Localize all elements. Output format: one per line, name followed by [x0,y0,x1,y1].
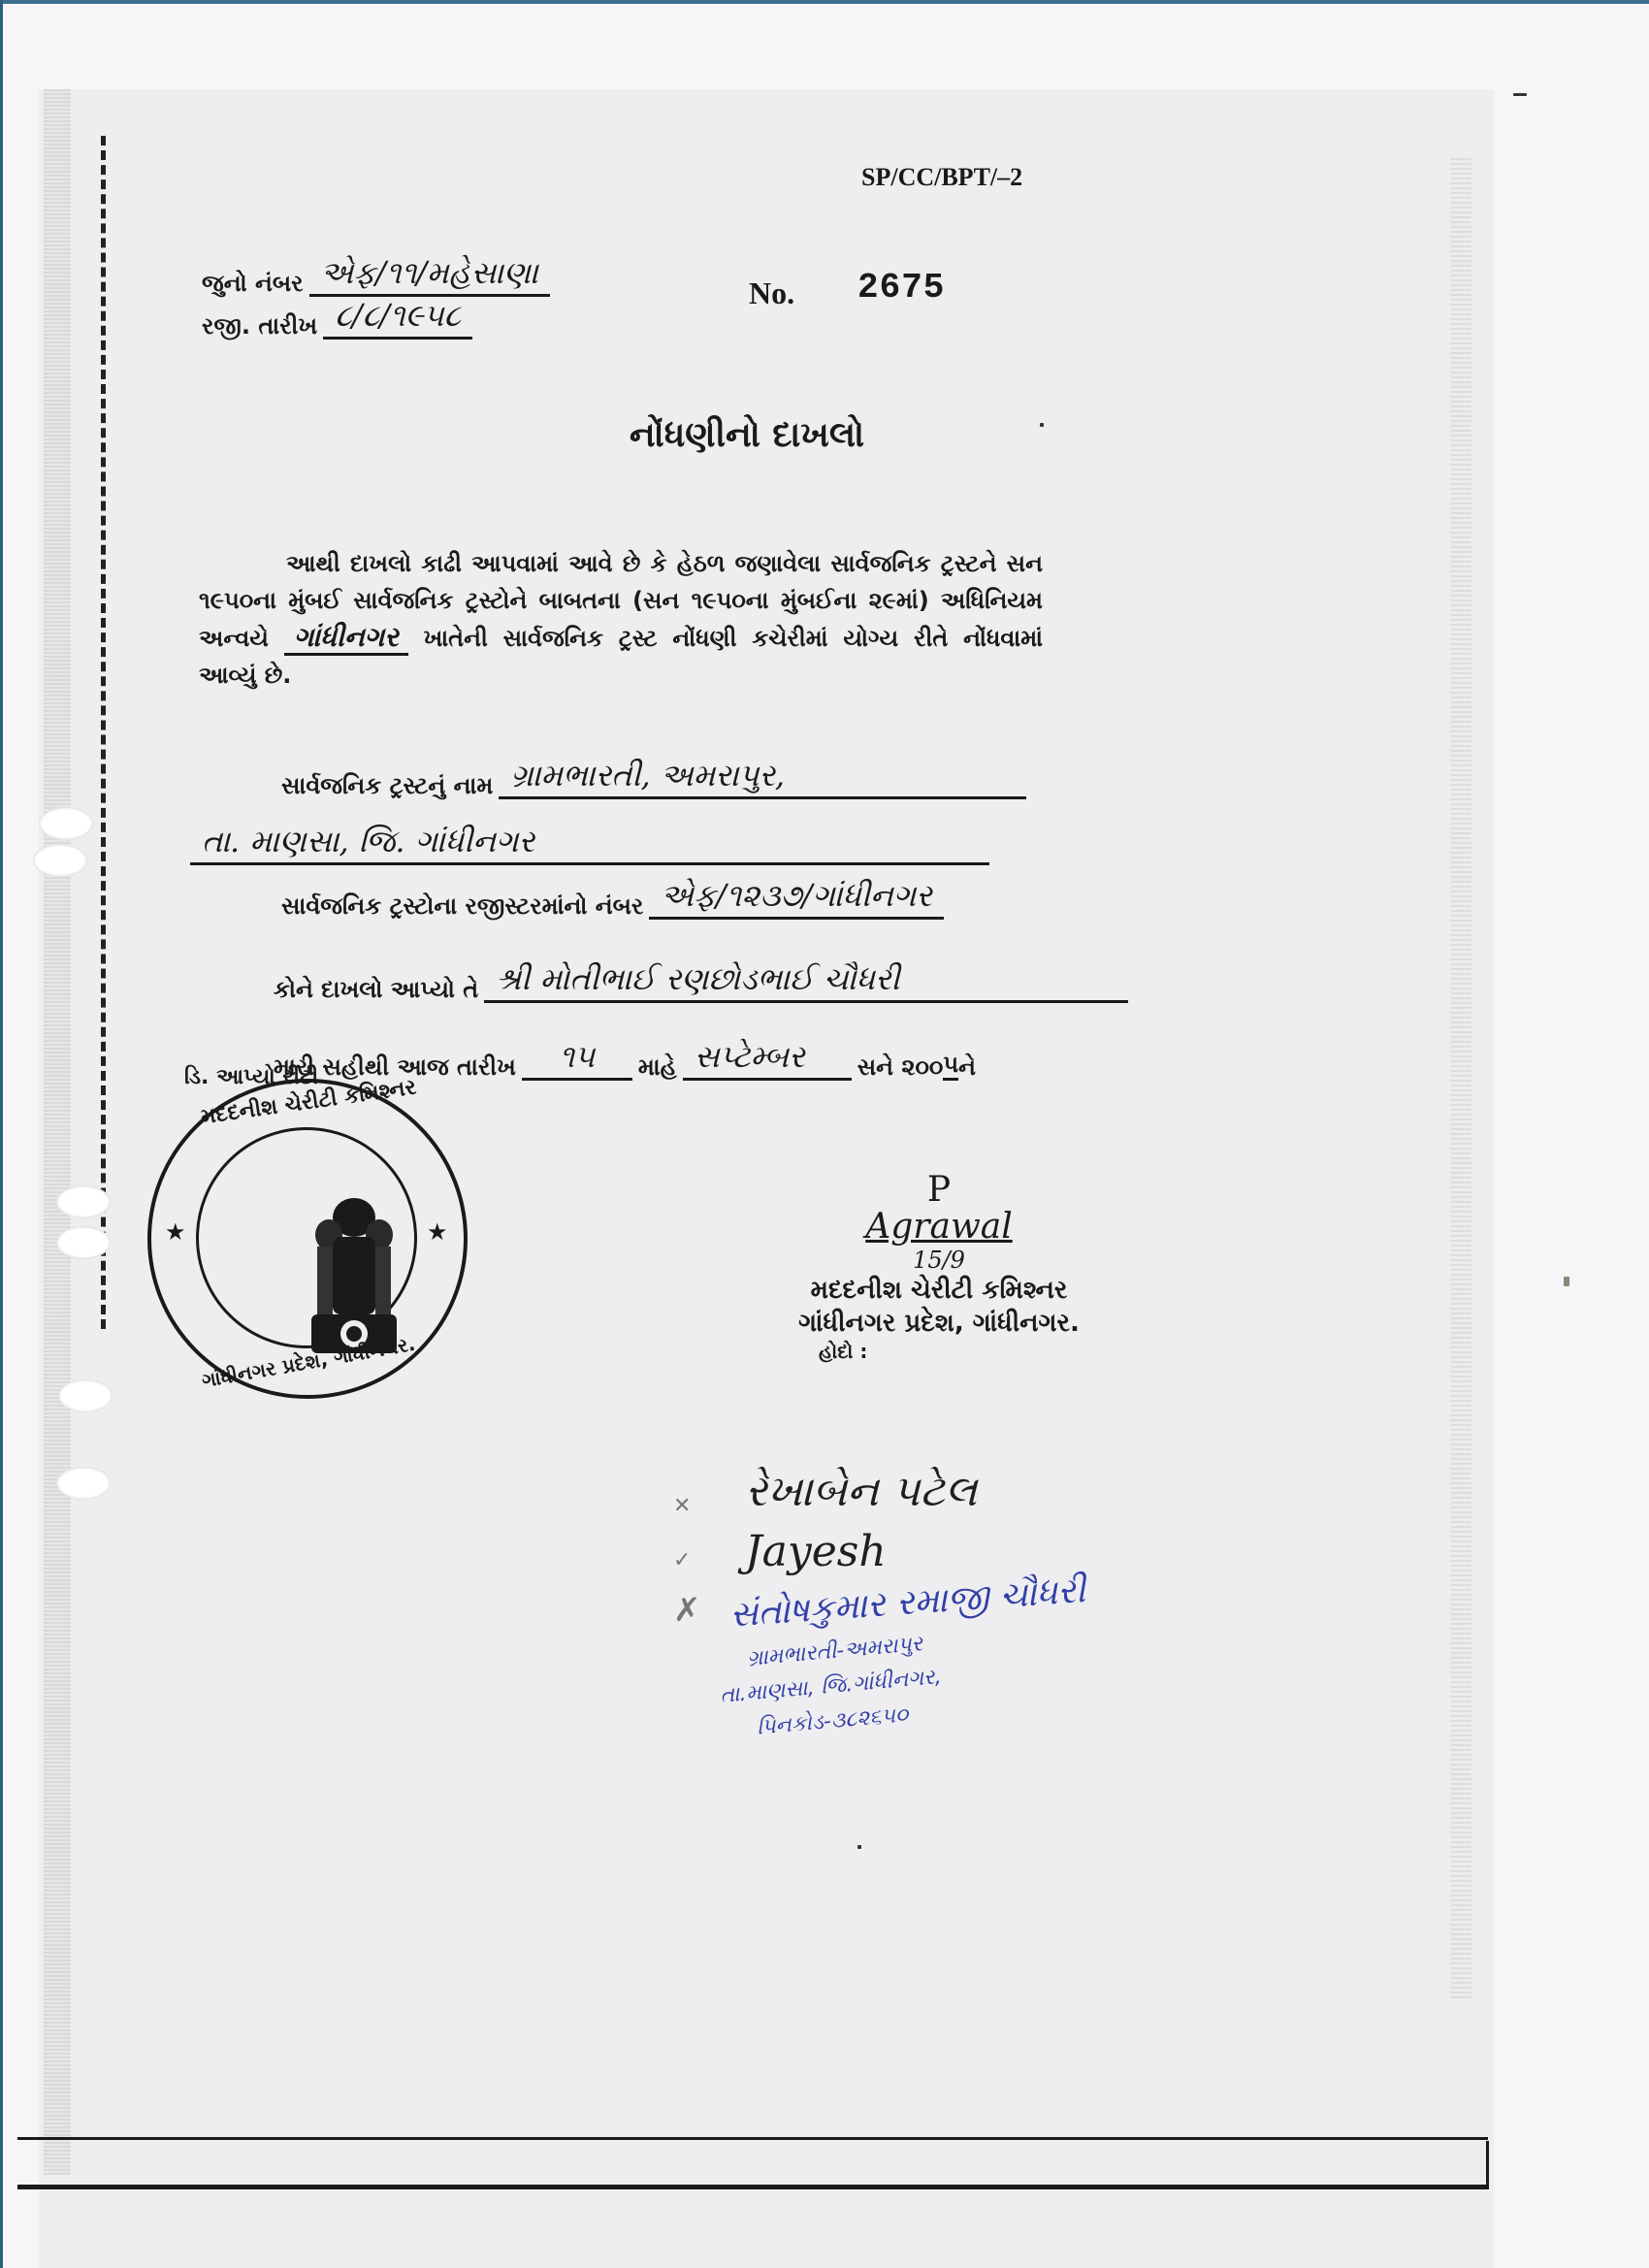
star-icon: ★ [427,1218,448,1246]
officer-signature: Agrawal [726,1207,1152,1247]
officer-signature-block: P Agrawal 15/9 મદદનીશ ચેરીટી કમિશ્નર ગાં… [726,1174,1152,1363]
signed-date-month-label: માહે [638,1053,677,1081]
issued-to-row: કોને દાખલો આપ્યો તે શ્રી મોતીભાઈ રણછોડભા… [274,960,1128,1003]
document-title: નોંધણીનો દાખલો [0,415,1494,456]
seal-inner-ring [196,1127,417,1348]
scan-speck [1564,1277,1569,1286]
trust-name-line1: ગ્રામભારતી, અમરાપુર, [499,757,1026,799]
cross-mark-icon: ✕ [673,1494,691,1518]
registration-date-value: ૮/૮/૧૯૫૮ [323,297,472,340]
signed-date-year-prefix: સને ૨૦૦ [857,1053,944,1081]
trust-name-line2: તા. માણસા, જિ. ગાંધીનગર [190,823,989,865]
signed-date-year-suffix: ૫ [943,1051,958,1081]
scan-speck [1513,93,1527,96]
punch-hole [56,1185,111,1218]
scan-edge-left [0,0,3,2268]
registration-date-label: રજી. તારીખ [202,312,317,340]
scan-edge-top [0,0,1649,4]
old-number-label: જુનો નંબર [202,270,304,297]
officer-title-line2: ગાંધીનગર પ્રદેશ, ગાંધીનગર. [726,1307,1152,1340]
signature-date: 15/9 [726,1247,1152,1274]
signed-date-month: સપ્ટેમ્બર [683,1038,852,1081]
punch-hole [33,844,87,877]
register-number-value: એફ/૧૨૩૭/ગાંધીનગર [649,877,943,920]
punch-hole [56,1467,111,1500]
left-margin-shading [44,89,71,2175]
bottom-border-line [17,2137,1488,2140]
scan-speck [1040,423,1044,427]
signature-initial: P [726,1174,1152,1207]
trust-name-row: સાર્વજનિક ટ્રસ્ટનું નામ ગ્રામભારતી, અમરા… [281,757,1026,799]
bottom-border-line [17,2185,1488,2189]
witness-signature-2: Jayesh [745,1527,887,1576]
certificate-body: આથી દાખલો કાઢી આપવામાં આવે છે કે હેઠળ જણ… [199,545,1043,694]
perforation-dashed-line [101,136,106,1329]
witness-signature-1: રેખાબેન પટેલ [745,1467,977,1516]
punch-hole [39,807,93,840]
seal-overprint: ડિ. આપ્યો રીટી [184,1065,318,1089]
body-place-filled: ગાંધીનગર [284,621,408,656]
registration-date-row: રજી. તારીખ ૮/૮/૧૯૫૮ [202,297,472,340]
register-number-label: સાર્વજનિક ટ્રસ્ટોના રજીસ્ટરમાંનો નંબર [281,892,643,920]
issued-to-label: કોને દાખલો આપ્યો તે [274,976,478,1003]
certificate-no: 2675 [857,268,945,308]
official-seal: મદદનીશ ચેરીટી કમિશ્નર ★ ★ ગાંધીનગર પ્રદે… [147,1079,468,1399]
check-mark-icon: ✓ [673,1548,691,1572]
trust-name-row-2: તા. માણસા, જિ. ગાંધીનગર [190,823,989,865]
designation-label: હોદો : [726,1340,1152,1363]
scan-speck [857,1845,861,1849]
signed-date-end: ને [958,1053,976,1081]
register-number-row: સાર્વજનિક ટ્રસ્ટોના રજીસ્ટરમાંનો નંબર એફ… [281,877,944,920]
certificate-no-label: No. [749,275,794,311]
old-number-value: એફ/૧૧/મહેસાણા [309,254,550,297]
form-code: SP/CC/BPT/–2 [861,163,1022,192]
bottom-border-corner [1486,2141,1489,2189]
star-icon: ★ [165,1218,186,1246]
punch-hole [56,1226,111,1259]
signed-date-row: મારી સહીથી આજ તારીખ ૧૫ માહે સપ્ટેમ્બર સન… [274,1038,976,1081]
officer-title-line1: મદદનીશ ચેરીટી કમિશ્નર [726,1274,1152,1307]
trust-name-label: સાર્વજનિક ટ્રસ્ટનું નામ [281,772,493,799]
issued-to-value: શ્રી મોતીભાઈ રણછોડભાઈ ચૌધરી [484,960,1128,1003]
signed-date-day: ૧૫ [522,1038,632,1081]
old-number-row: જુનો નંબર એફ/૧૧/મહેસાણા [202,254,550,297]
punch-hole [58,1379,113,1412]
cross-mark-icon: ✗ [673,1591,701,1630]
